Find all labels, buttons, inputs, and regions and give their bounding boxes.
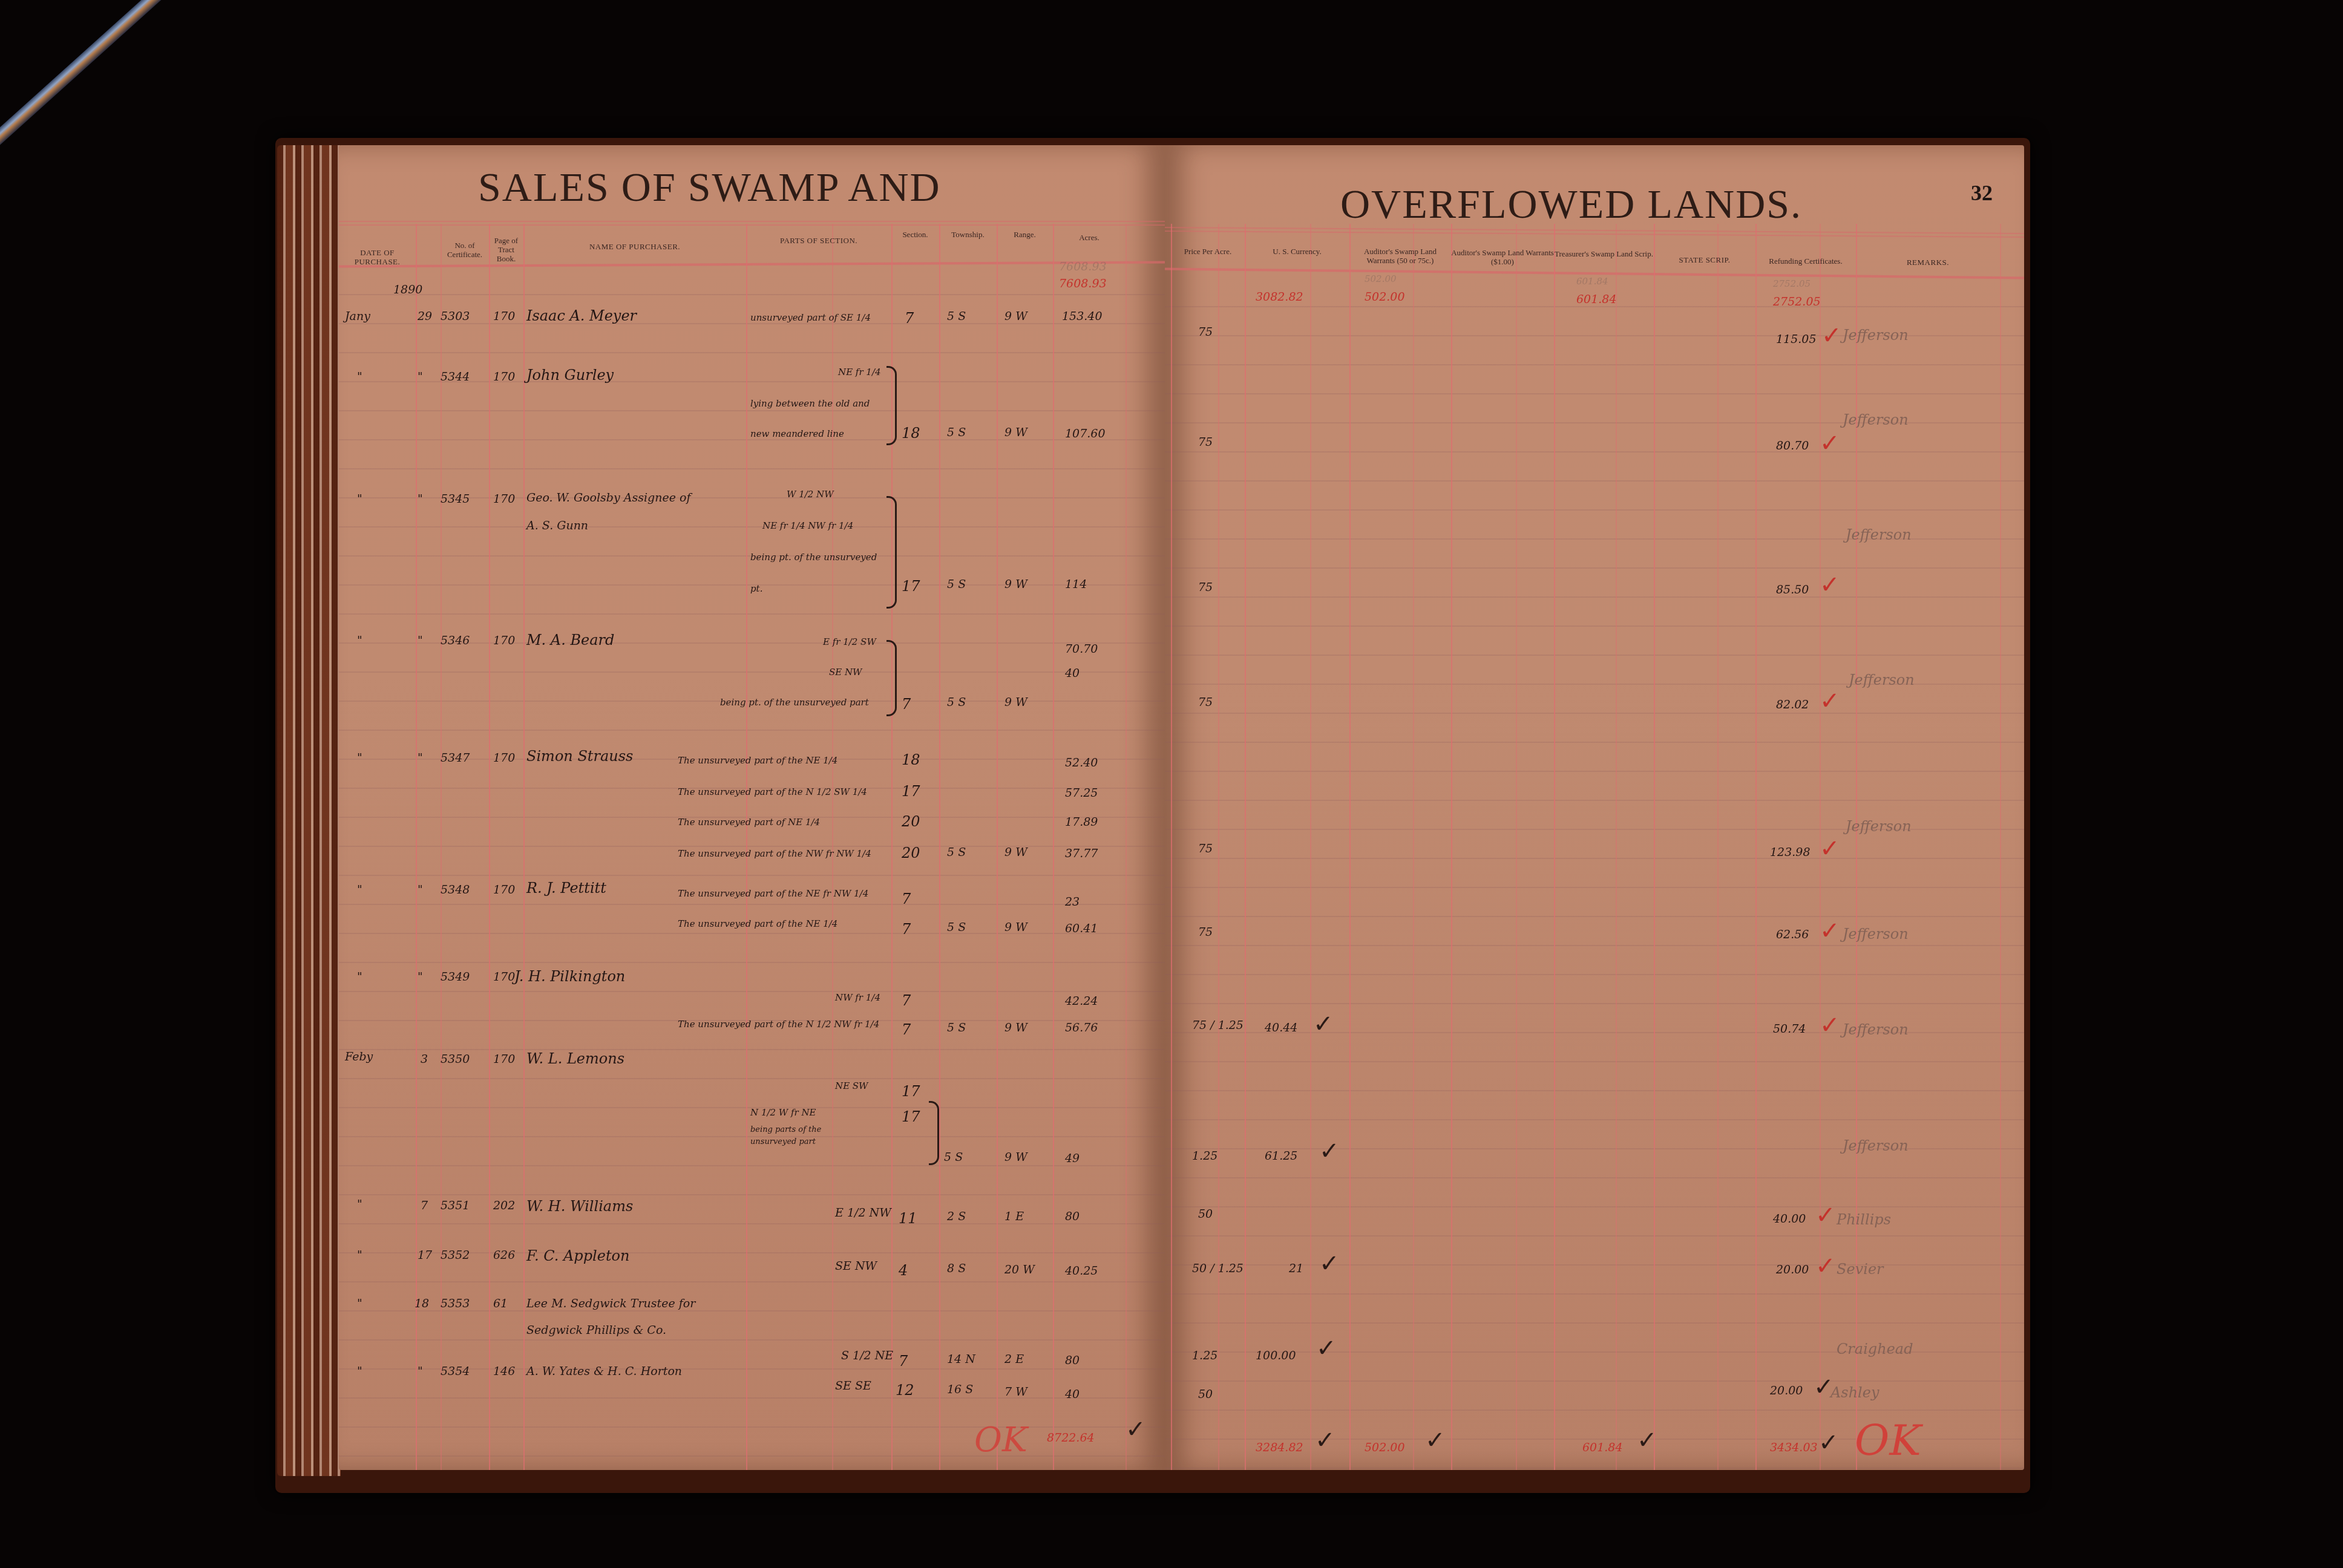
entry-range: 9 W [1004,921,1027,934]
entry-purchaser: Lee M. Sedgwick Trustee for [526,1297,695,1310]
entry-section: 17 [902,1108,920,1125]
entry-tract-page: 146 [493,1365,515,1378]
entry-month: Jany [345,310,370,323]
entry-parts: The unsurveyed part of the NW fr NW 1/4 [678,848,871,859]
left-page: SALES OF SWAMP AND DATE OF PURCHASE. No.… [339,145,1165,1470]
bracket [929,1101,939,1165]
entry-range: 1 E [1004,1210,1024,1223]
entry-day: 7 [421,1199,428,1212]
col-header-section: Section. [891,230,939,239]
col-header-tract-page: Page of Tract Book. [489,236,523,263]
col-divider [746,224,747,1470]
entry-purchaser-line2: Sedgwick Phillips & Co. [526,1324,666,1337]
bracket [886,366,897,445]
entry-parts: The unsurveyed part of the NE 1/4 [678,755,837,766]
entry-acres: 17.89 [1065,815,1098,829]
right-page: OVERFLOWED LANDS. 32 Price Per Acre. U. … [1165,145,2024,1470]
entry-parts: new meandered line [750,428,844,439]
check-mark-icon: ✓ [1319,1250,1340,1278]
col-divider [1310,224,1311,1470]
entry-township: 2 S [947,1210,966,1223]
entry-certificate: 5345 [441,492,470,506]
col-divider [1856,224,1857,1470]
entry-parts: lying between the old and [750,398,870,409]
entry-acres: 37.77 [1065,847,1098,860]
entry-refunding: 115.05 [1776,333,1816,346]
entry-tract-page: 170 [493,370,515,384]
entry-parts: unsurveyed part [750,1137,816,1146]
currency-carried-forward: 3082.82 [1256,290,1303,304]
entry-section: 7 [902,992,911,1009]
entry-remarks: Sevier [1837,1261,1884,1278]
entry-parts: SE NW [829,667,862,678]
entry-section: 18 [902,425,920,442]
check-mark-icon: ✓ [1820,571,1840,599]
ruled-lines [339,266,1165,1470]
entry-section: 17 [902,783,920,800]
entry-parts: The unsurveyed part of the NE 1/4 [678,918,837,929]
check-mark-icon: ✓ [1637,1426,1657,1454]
entry-day: 3 [421,1053,428,1066]
entry-range: 7 W [1004,1385,1027,1399]
treasurers-page-total: 601.84 [1582,1441,1622,1454]
entry-month: " [357,883,362,897]
entry-acres: 42.24 [1065,995,1098,1008]
entry-acres: 40 [1065,667,1080,680]
auditors-carried-forward: 502.00 [1365,290,1404,304]
entry-refunding: 50.74 [1773,1022,1806,1036]
entry-section: 11 [899,1210,917,1227]
entry-day: " [418,492,423,506]
col-header-acres: Acres. [1053,233,1126,242]
entry-acres: 153.40 [1062,310,1102,323]
entry-remarks: Craighead [1837,1341,1913,1357]
pointer-stick [0,0,232,163]
check-mark-icon: ✓ [1316,1334,1337,1362]
entry-refunding: 20.00 [1770,1384,1803,1397]
entry-price: 75 [1198,581,1213,594]
col-header-refunding: Refunding Certificates. [1755,256,1856,266]
entry-section: 4 [899,1262,908,1279]
entry-price: 50 [1198,1388,1213,1401]
col-header-remarks: REMARKS. [1856,258,2000,267]
entry-refunding: 123.98 [1770,846,1810,859]
check-mark-icon: ✓ [1820,430,1840,457]
entry-range: 9 W [1004,1151,1027,1164]
entry-currency: 21 [1289,1262,1303,1275]
col-divider [1717,224,1719,1470]
entry-section: 7 [902,890,911,907]
entry-section: 12 [896,1382,914,1399]
entry-price: 75 [1198,325,1213,339]
entry-section: 7 [902,696,911,713]
col-divider [416,224,417,1470]
entry-acres: 56.76 [1065,1021,1098,1034]
entry-remarks: Jefferson [1843,926,1909,942]
treasurers-carried-forward-pencil: 601.84 [1576,276,1608,287]
col-header-parts: PARTS OF SECTION. [746,236,891,245]
entry-tract-page: 170 [493,883,515,897]
col-header-auditors-1: Auditor's Swamp Land Warrants ($1.00) [1451,248,1554,266]
col-divider [939,224,940,1470]
header-top-rule [339,221,1165,222]
entry-certificate: 5350 [441,1053,470,1066]
entry-refunding: 82.02 [1776,698,1809,711]
currency-page-total: 3284.82 [1256,1441,1303,1454]
check-mark-icon: ✓ [1313,1010,1334,1038]
entry-range: 9 W [1004,310,1027,323]
entry-parts: SE NW [835,1259,877,1273]
entry-month: " [357,1297,362,1310]
entry-acres: 40 [1065,1388,1080,1401]
treasurers-carried-forward: 601.84 [1576,293,1616,306]
entry-acres: 52.40 [1065,756,1098,769]
entry-section: 7 [902,921,911,938]
entry-section: 7 [899,1353,908,1370]
col-divider [1554,224,1555,1470]
refunding-carried-forward: 2752.05 [1773,295,1821,309]
entry-township: 14 N [947,1353,975,1366]
col-divider [2000,224,2001,1470]
col-divider [1451,224,1452,1470]
entry-remarks: Jefferson [1843,327,1909,344]
entry-range: 9 W [1004,846,1027,859]
col-header-certificate: No. of Certificate. [441,241,489,259]
entry-parts: The unsurveyed part of NE 1/4 [678,817,820,828]
col-divider [523,224,525,1470]
entry-township: 5 S [947,578,966,591]
entry-month: " [357,751,362,765]
entry-parts: NW fr 1/4 [835,992,880,1003]
entry-section: 20 [902,844,920,861]
col-divider [1171,224,1172,1470]
entry-remarks: Jefferson [1843,1021,1909,1038]
ok-mark-right: OK [1855,1416,1921,1465]
entry-tract-page: 170 [493,970,515,984]
entry-certificate: 5348 [441,883,470,897]
auditors-page-total: 502.00 [1365,1441,1404,1454]
entry-certificate: 5354 [441,1365,470,1378]
col-divider [1218,224,1219,1470]
entry-certificate: 5353 [441,1297,470,1310]
entry-day: " [418,634,423,647]
entry-township: 16 S [947,1383,973,1396]
entry-range: 2 E [1004,1353,1024,1366]
entry-acres: 57.25 [1065,786,1098,800]
entry-remarks: Phillips [1837,1211,1891,1228]
entry-township: 5 S [947,921,966,934]
entry-price: 75 [1198,436,1213,449]
refunding-carried-forward-pencil: 2752.05 [1773,278,1810,289]
entry-acres: 114 [1065,578,1087,591]
col-header-township: Township. [939,230,997,239]
entry-township: 5 S [947,310,966,323]
entry-township: 5 S [947,846,966,859]
entry-price: 50 / 1.25 [1192,1262,1244,1275]
entry-purchaser: W. H. Williams [526,1198,633,1215]
entry-certificate: 5346 [441,634,470,647]
entry-parts: NE fr 1/4 [838,367,880,377]
entry-section: 20 [902,813,920,830]
ruled-lines [1165,278,2024,1470]
entry-range: 9 W [1004,1021,1027,1034]
entry-township: 5 S [947,1021,966,1034]
col-header-purchaser: NAME OF PURCHASER. [523,242,746,251]
entry-parts: NE fr 1/4 NW fr 1/4 [762,520,853,531]
entry-price: 75 / 1.25 [1192,1019,1244,1032]
entry-tract-page: 626 [493,1249,515,1262]
col-header-auditors-50-75: Auditor's Swamp Land Warrants (50 or 75c… [1349,247,1451,265]
entry-day: " [418,751,423,765]
entry-section: 17 [902,578,920,595]
entry-township: 5 S [947,426,966,439]
entry-remarks: Jefferson [1843,1137,1909,1154]
entry-certificate: 5352 [441,1249,470,1262]
entry-month: " [357,634,362,647]
left-page-title: SALES OF SWAMP AND [478,163,941,211]
page-number: 32 [1971,180,1993,206]
col-divider [1516,224,1517,1470]
entry-remarks: Jefferson [1846,526,1912,543]
entry-month: " [357,1198,362,1211]
check-mark-icon: ✓ [1820,1011,1840,1039]
col-header-price: Price Per Acre. [1171,247,1245,256]
entry-acres: 23 [1065,895,1080,909]
entry-purchaser: Simon Strauss [526,748,633,765]
col-divider [1349,224,1351,1470]
entry-township: 5 S [944,1151,963,1164]
entry-month: " [357,370,362,384]
entry-parts: S 1/2 NE [841,1349,893,1362]
entry-section: 18 [902,751,920,768]
entry-acres: 60.41 [1065,922,1098,935]
check-mark-icon: ✓ [1815,1201,1836,1229]
col-header-state-scrip: STATE SCRIP. [1654,255,1755,264]
entry-remarks: Jefferson [1846,818,1912,835]
entry-purchaser: F. C. Appleton [526,1247,629,1264]
entry-certificate: 5349 [441,970,470,984]
entry-price: 50 [1198,1207,1213,1221]
entry-section: 7 [905,310,914,327]
entry-day: 29 [418,310,432,323]
entry-day: 18 [415,1297,429,1310]
entry-purchaser: R. J. Pettitt [526,880,606,897]
entry-acres: 80 [1065,1354,1080,1367]
col-divider [832,224,833,1470]
entry-currency: 61.25 [1265,1149,1297,1163]
entry-price: 75 [1198,696,1213,709]
col-divider [1755,224,1757,1470]
entry-parts: E fr 1/2 SW [823,636,876,647]
entry-range: 9 W [1004,696,1027,709]
entry-range: 9 W [1004,426,1027,439]
entry-day: " [418,1365,423,1378]
entry-purchaser: Isaac A. Meyer [526,307,637,324]
entry-tract-page: 61 [493,1297,508,1310]
acres-page-total: 8722.64 [1047,1431,1095,1445]
entry-range: 9 W [1004,578,1027,591]
col-divider [441,224,442,1470]
entry-tract-page: 170 [493,492,515,506]
check-mark-icon: ✓ [1821,322,1842,350]
entry-refunding: 20.00 [1776,1263,1809,1276]
entry-section: 7 [902,1021,911,1038]
entry-remarks: Ashley [1830,1384,1879,1401]
header-top-rule-2 [339,224,1165,226]
entry-day: " [418,970,423,984]
check-mark-icon: ✓ [1818,1429,1839,1457]
entry-tract-page: 170 [493,310,515,323]
entry-month: Feby [345,1050,373,1063]
entry-acres: 107.60 [1065,427,1105,440]
entry-acres: 80 [1065,1210,1080,1223]
entry-month: " [357,970,362,984]
col-divider [489,224,490,1470]
bracket [886,640,897,716]
entry-parts: being pt. of the unsurveyed [750,552,877,563]
page-edges [277,145,341,1476]
entry-day: " [418,370,423,384]
entry-purchaser: M. A. Beard [526,632,614,648]
col-header-range: Range. [997,230,1053,239]
year-label: 1890 [393,283,422,296]
auditors-carried-forward-pencil: 502.00 [1365,273,1397,284]
entry-tract-page: 170 [493,1053,515,1066]
entry-month: " [357,492,362,506]
entry-currency: 100.00 [1256,1349,1296,1362]
col-divider [997,224,998,1470]
entry-purchaser: A. W. Yates & H. C. Horton [526,1365,682,1378]
entry-refunding: 40.00 [1773,1212,1806,1226]
entry-month: " [357,1365,362,1378]
entry-certificate: 5351 [441,1199,470,1212]
entry-purchaser: W. L. Lemons [526,1050,624,1067]
right-page-title: OVERFLOWED LANDS. [1340,180,1802,228]
check-mark-icon: ✓ [1820,917,1840,945]
entry-parts: unsurveyed part of SE 1/4 [750,312,871,323]
entry-refunding: 62.56 [1776,928,1809,941]
col-divider [1413,224,1414,1470]
entry-parts: The unsurveyed part of the N 1/2 NW fr 1… [678,1019,879,1030]
entry-certificate: 5347 [441,751,470,765]
entry-purchaser: Geo. W. Goolsby Assignee of [526,491,690,505]
entry-refunding: 80.70 [1776,439,1809,452]
entry-tract-page: 202 [493,1199,515,1212]
check-mark-icon: ✓ [1815,1252,1836,1280]
entry-price: 75 [1198,926,1213,939]
entry-parts: N 1/2 W fr NE [750,1107,816,1118]
entry-parts: SE SE [835,1379,871,1393]
entry-remarks: Jefferson [1849,671,1915,688]
entry-parts: W 1/2 NW [787,489,834,500]
check-mark-icon: ✓ [1315,1426,1335,1454]
entry-parts: The unsurveyed part of the N 1/2 SW 1/4 [678,786,867,797]
ok-mark-left: OK [974,1420,1027,1460]
entry-parts: being pt. of the unsurveyed part [720,697,869,708]
col-divider [1126,224,1127,1470]
entry-price: 1.25 [1192,1349,1217,1362]
col-header-treasurers: Treasurer's Swamp Land Scrip. [1554,249,1654,258]
entry-certificate: 5344 [441,370,470,384]
entry-parts: being parts of the [750,1125,821,1134]
bracket [886,496,897,609]
entry-parts: The unsurveyed part of the NE fr NW 1/4 [678,888,868,899]
entry-purchaser-line2: A. S. Gunn [526,519,588,532]
entry-price: 75 [1198,842,1213,855]
entry-parts: pt. [750,583,762,594]
entry-range: 20 W [1004,1263,1035,1276]
entry-purchaser: J. H. Pilkington [514,968,625,985]
check-mark-icon: ✓ [1820,687,1840,715]
check-mark-icon: ✓ [1425,1426,1446,1454]
entry-refunding: 85.50 [1776,583,1809,596]
entry-price: 1.25 [1192,1149,1217,1163]
check-mark-icon: ✓ [1126,1416,1146,1443]
entry-tract-page: 170 [493,634,515,647]
entry-day: " [418,883,423,897]
entry-township: 8 S [947,1262,966,1275]
entry-acres: 70.70 [1065,642,1098,656]
entry-certificate: 5303 [441,310,470,323]
entry-township: 5 S [947,696,966,709]
entry-acres: 40.25 [1065,1264,1098,1278]
check-mark-icon: ✓ [1820,835,1840,863]
entry-day: 17 [418,1249,432,1262]
refunding-page-total: 3434.03 [1770,1441,1818,1454]
entry-currency: 40.44 [1265,1021,1297,1034]
entry-month: " [357,1249,362,1262]
col-header-date: DATE OF PURCHASE. [339,248,416,266]
entry-section: 17 [902,1083,920,1100]
check-mark-icon: ✓ [1319,1137,1340,1165]
entry-acres: 49 [1065,1152,1080,1165]
col-divider [1053,224,1054,1470]
col-header-us-currency: U. S. Currency. [1245,247,1349,256]
col-divider [1245,224,1246,1470]
acres-carried-forward-pencil: 7608.93 [1059,260,1107,273]
entry-parts: NE SW [835,1080,868,1091]
entry-remarks: Jefferson [1843,411,1909,428]
acres-carried-forward: 7608.93 [1059,277,1107,290]
entry-purchaser: John Gurley [526,367,614,384]
col-divider [1616,224,1617,1470]
col-divider [1654,224,1655,1470]
entry-tract-page: 170 [493,751,515,765]
entry-parts: E 1/2 NW [835,1206,891,1220]
